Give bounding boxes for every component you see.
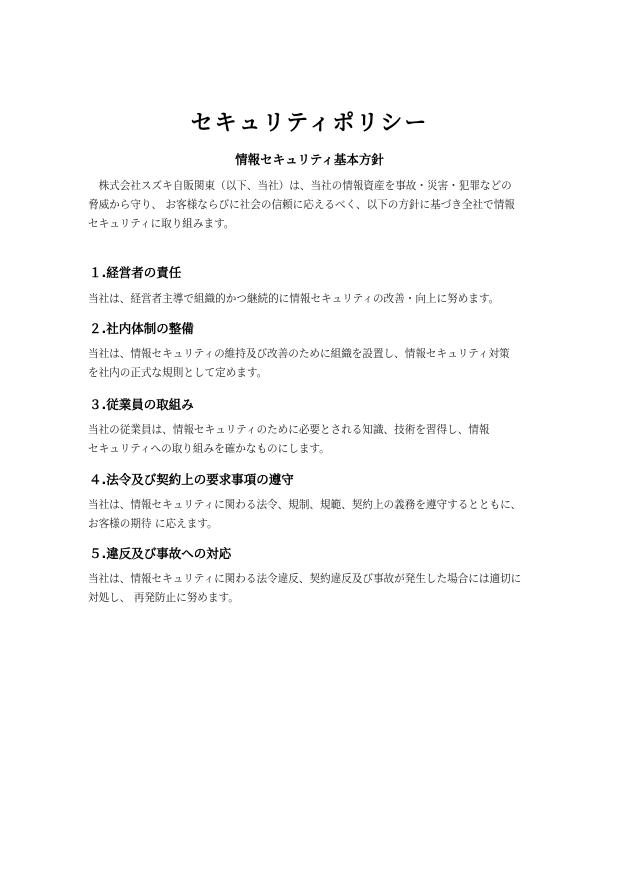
section-heading-4: ４.法令及び契約上の要求事項の遵守 <box>89 470 294 488</box>
section-heading-2: ２.社内体制の整備 <box>89 319 194 337</box>
page-subtitle: 情報セキュリティ基本方針 <box>0 150 619 168</box>
section-body-2: 当社は、情報セキュリティの維持及び改善のために組織を設置し、情報セキュリティ対策… <box>88 345 538 383</box>
section-body-1: 当社は、経営者主導で組織的かつ継続的に情報セキュリティの改善・向上に努めます。 <box>88 290 538 309</box>
page-title: セキュリティポリシー <box>0 106 619 137</box>
section-body-4: 当社は、情報セキュリティに関わる法令、規制、規範、契約上の義務を遵守するとともに… <box>88 496 538 534</box>
section-heading-3: ３.従業員の取組み <box>89 395 194 413</box>
intro-paragraph: 株式会社スズキ自販関東（以下、当社）は、当社の情報資産を事故・災害・犯罪などの … <box>88 177 538 234</box>
document-page: セキュリティポリシー 情報セキュリティ基本方針 株式会社スズキ自販関東（以下、当… <box>0 0 619 876</box>
section-heading-1: １.経営者の責任 <box>89 263 181 281</box>
section-heading-5: ５.違反及び事故への対応 <box>89 544 231 562</box>
section-body-3: 当社の従業員は、情報セキュリティのために必要とされる知識、技術を習得し、情報 セ… <box>88 421 538 459</box>
section-body-5: 当社は、情報セキュリティに関わる法令違反、契約違反及び事故が発生した場合には適切… <box>88 570 538 608</box>
